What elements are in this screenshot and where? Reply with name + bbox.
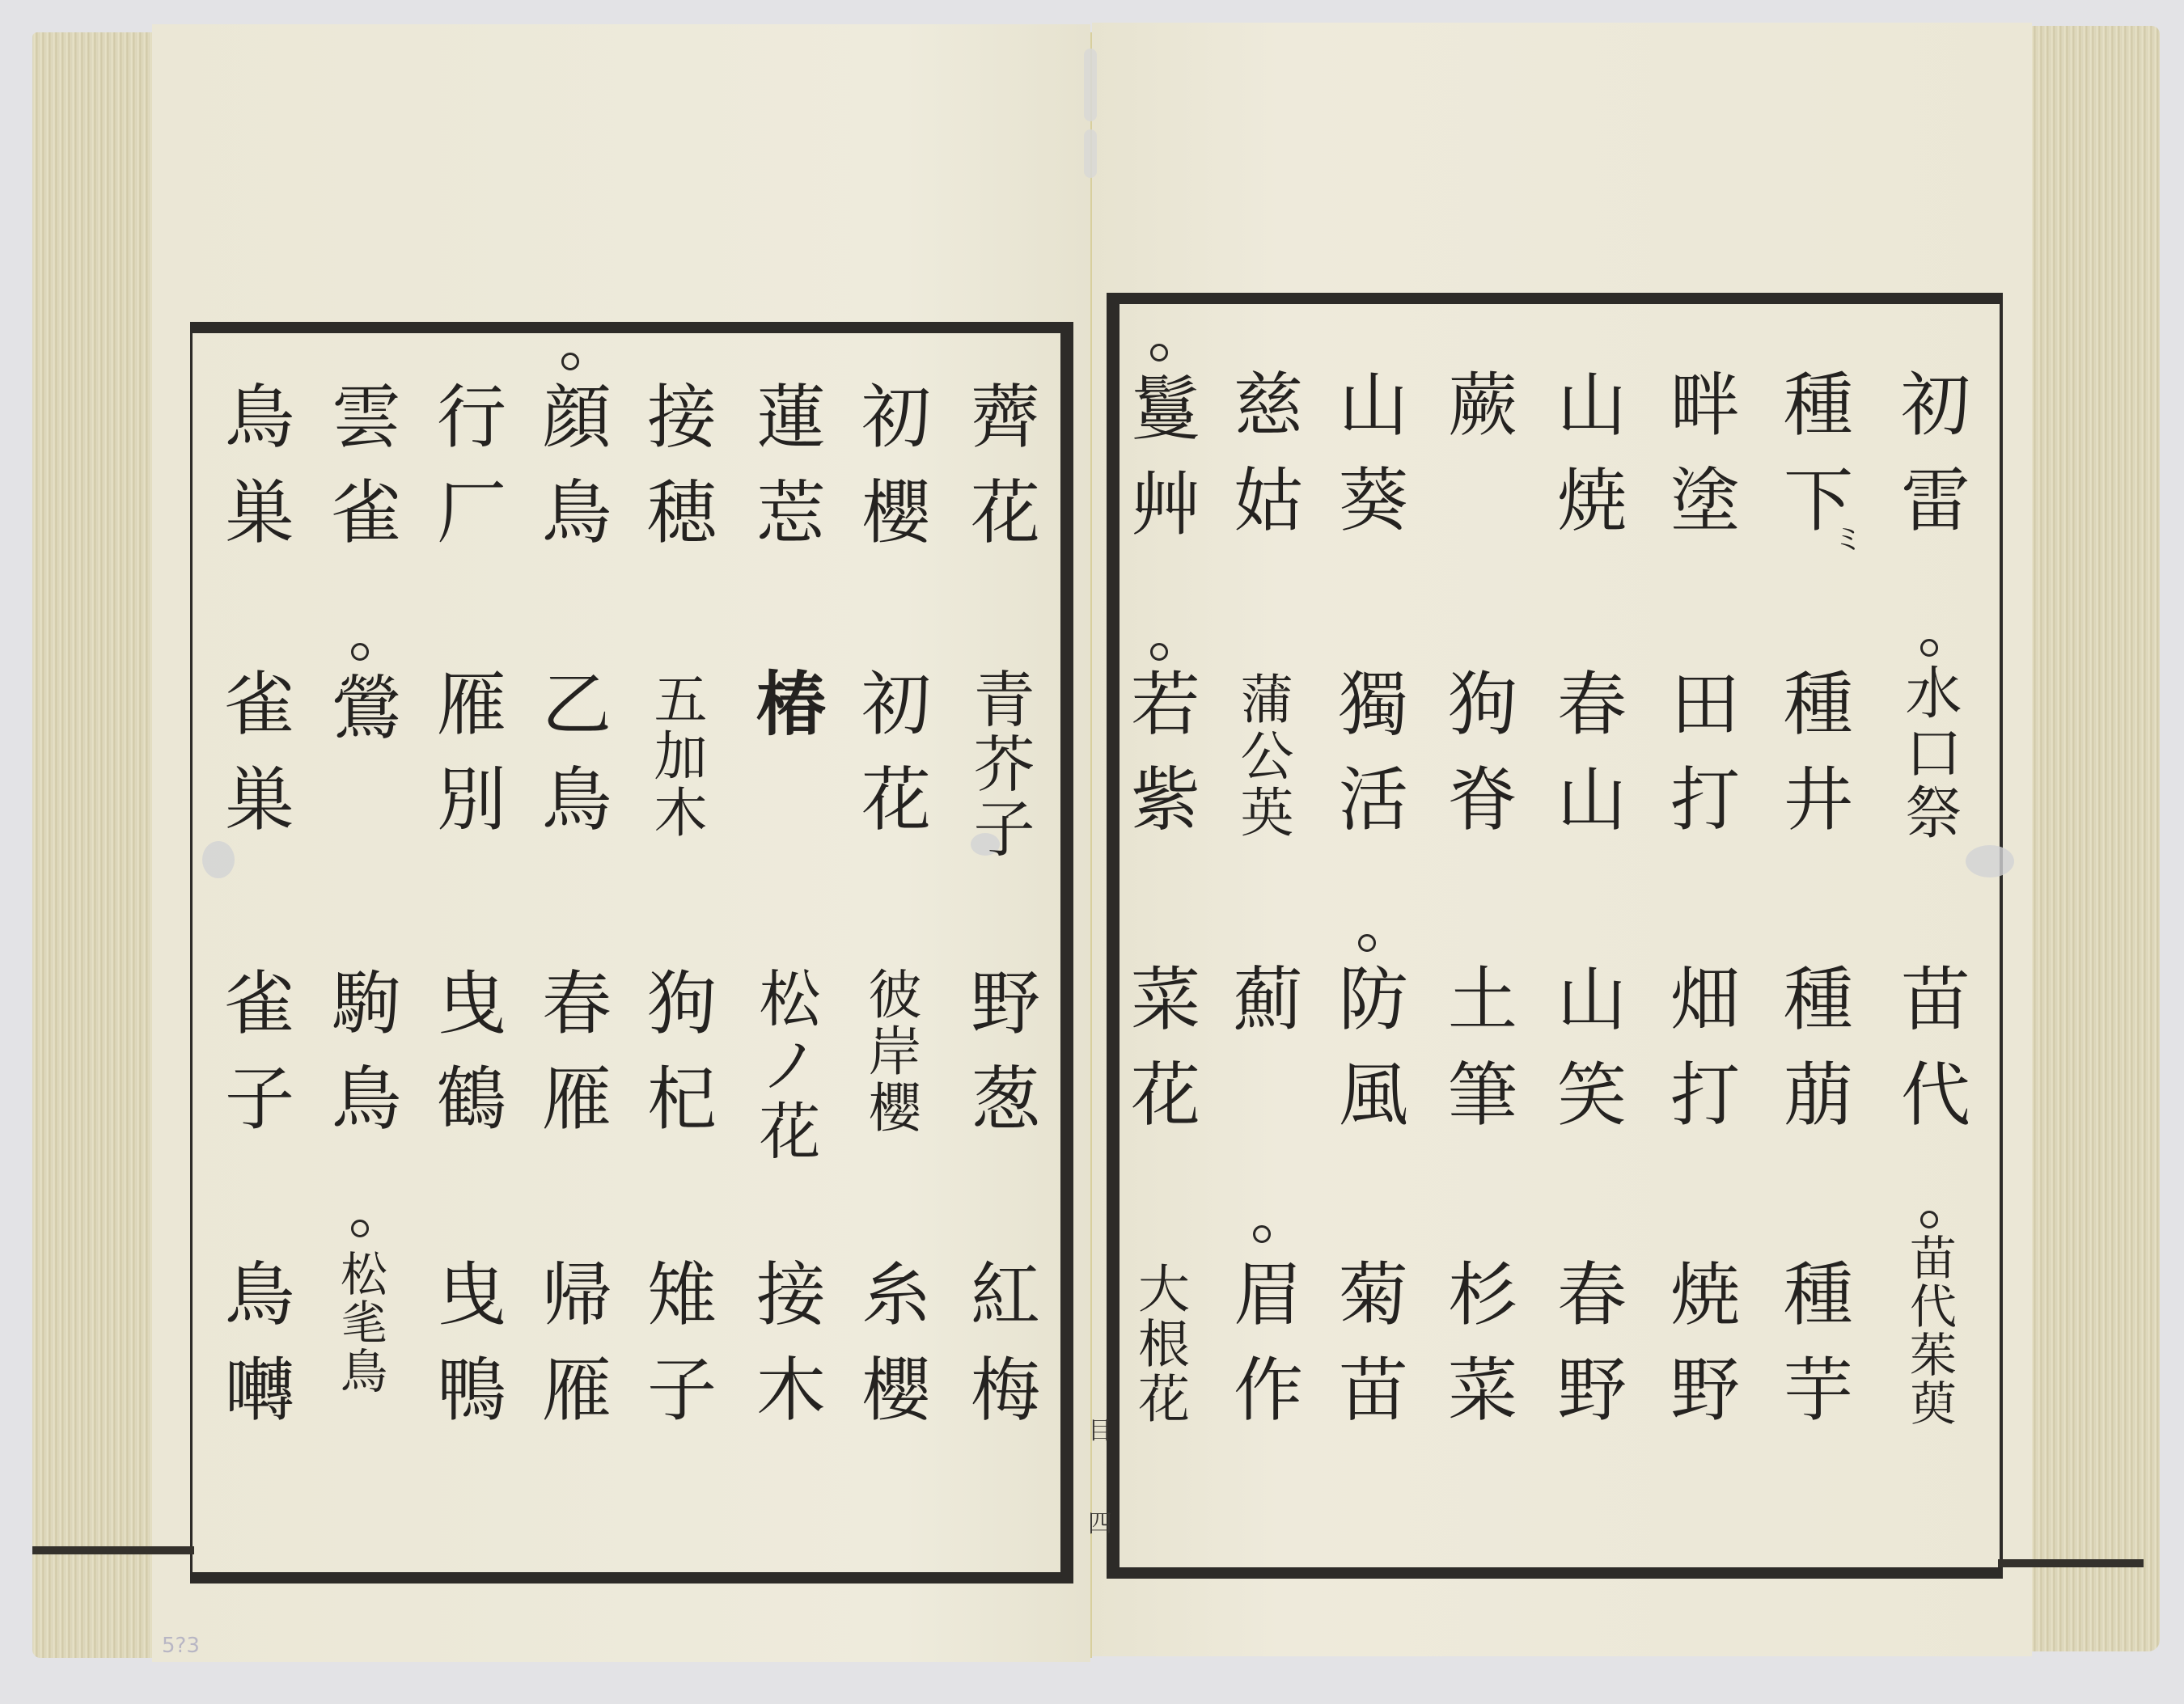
right-page-edges bbox=[2030, 26, 2160, 1651]
binding-thread bbox=[1084, 129, 1097, 178]
circle-mark bbox=[1150, 643, 1168, 661]
paper-blemish bbox=[1966, 845, 2014, 877]
gutter-fold bbox=[1090, 32, 1092, 1658]
circle-mark bbox=[1920, 1211, 1938, 1228]
entry: 蕨 bbox=[1432, 368, 1521, 463]
entry: 初櫻 bbox=[845, 380, 934, 571]
entry: 雁別 bbox=[421, 667, 510, 858]
entry: 若紫 bbox=[1115, 667, 1204, 858]
entry: 蒲公英 bbox=[1217, 671, 1306, 841]
circle-mark bbox=[1150, 344, 1168, 362]
entry: 雲雀 bbox=[315, 380, 404, 571]
entry: 野葱 bbox=[954, 966, 1043, 1157]
entry: 五加木 bbox=[631, 671, 720, 841]
entry: 獨活 bbox=[1323, 667, 1412, 858]
entry: 山笑 bbox=[1541, 962, 1630, 1153]
entry: 接木 bbox=[740, 1258, 829, 1448]
entry: 曳鴨 bbox=[421, 1258, 510, 1448]
entry: 青芥子 bbox=[954, 667, 1043, 861]
entry: 蓮莣 bbox=[740, 380, 829, 571]
entry: 鳥巣 bbox=[209, 380, 298, 571]
entry: 糸櫻 bbox=[845, 1258, 934, 1448]
entry: 春野 bbox=[1541, 1258, 1630, 1448]
entry: 鬘艸 bbox=[1115, 372, 1204, 563]
entry: 行厂 bbox=[421, 380, 510, 571]
entry: 薊 bbox=[1217, 962, 1306, 1058]
entry: 鶯 bbox=[315, 671, 404, 767]
entry: 椿 bbox=[740, 667, 829, 763]
entry: 山葵 bbox=[1323, 368, 1412, 559]
entry: 薺花 bbox=[954, 380, 1043, 571]
entry: 種芋 bbox=[1767, 1258, 1856, 1448]
circle-mark bbox=[351, 643, 369, 661]
entry: 春山 bbox=[1541, 667, 1630, 858]
entry: 紅梅 bbox=[954, 1258, 1043, 1448]
circle-mark bbox=[1253, 1225, 1271, 1243]
entry: 水口祭 bbox=[1885, 663, 1974, 843]
entry: 種萠 bbox=[1767, 962, 1856, 1153]
entry: 土筆 bbox=[1432, 962, 1521, 1153]
entry: 雀子 bbox=[209, 966, 298, 1157]
bottom-rule-extension bbox=[32, 1546, 194, 1554]
pencil-note: 5?3 bbox=[162, 1634, 200, 1658]
entry: 鳥囀 bbox=[209, 1258, 298, 1448]
entry: 畑打 bbox=[1654, 962, 1743, 1153]
entry: 松ノ花 bbox=[740, 966, 829, 1165]
entry: 顔鳥 bbox=[526, 380, 615, 571]
entry: 苗代茱萸 bbox=[1885, 1233, 1974, 1427]
entry: 慈姑 bbox=[1217, 368, 1306, 559]
bottom-rule-extension bbox=[1998, 1559, 2144, 1567]
circle-mark bbox=[351, 1220, 369, 1237]
circle-mark bbox=[1920, 639, 1938, 657]
entry: 眉作 bbox=[1217, 1258, 1306, 1448]
fold-mark-page-number: 四 bbox=[1088, 1512, 1112, 1537]
circle-mark bbox=[561, 353, 579, 370]
entry: 狗杞 bbox=[631, 966, 720, 1157]
entry: 接穂 bbox=[631, 380, 720, 571]
entry: 曳鶴 bbox=[421, 966, 510, 1157]
entry: 松毟鳥 bbox=[315, 1249, 404, 1395]
entry: 苗代 bbox=[1885, 962, 1974, 1153]
entry: 杉菜 bbox=[1432, 1258, 1521, 1448]
entry: 雀巣 bbox=[209, 667, 298, 858]
binding-thread bbox=[1084, 49, 1097, 121]
entry: 雉子 bbox=[631, 1258, 720, 1448]
okurigana: ミ bbox=[1834, 526, 1863, 555]
entry: 菜花 bbox=[1115, 962, 1204, 1153]
entry: 田打 bbox=[1654, 667, 1743, 858]
entry: 駒鳥 bbox=[315, 966, 404, 1157]
entry: 畔塗 bbox=[1654, 368, 1743, 559]
entry: 乙鳥 bbox=[526, 667, 615, 858]
entry: 初花 bbox=[845, 667, 934, 858]
entry: 狗脊 bbox=[1432, 667, 1521, 858]
circle-mark bbox=[1358, 934, 1376, 952]
entry: 焼野 bbox=[1654, 1258, 1743, 1448]
entry: 山焼 bbox=[1541, 368, 1630, 559]
left-page-edges bbox=[32, 32, 154, 1658]
entry: 初雷 bbox=[1885, 368, 1974, 559]
fold-mark-title: 目 bbox=[1088, 1419, 1112, 1444]
entry: 春雁 bbox=[526, 966, 615, 1157]
entry: 大根花 bbox=[1115, 1262, 1204, 1427]
entry: 帰雁 bbox=[526, 1258, 615, 1448]
entry: 彼岸櫻 bbox=[845, 966, 934, 1136]
entry: 防風 bbox=[1323, 962, 1412, 1153]
entry: 種井 bbox=[1767, 667, 1856, 858]
entry: 菊苗 bbox=[1323, 1258, 1412, 1448]
